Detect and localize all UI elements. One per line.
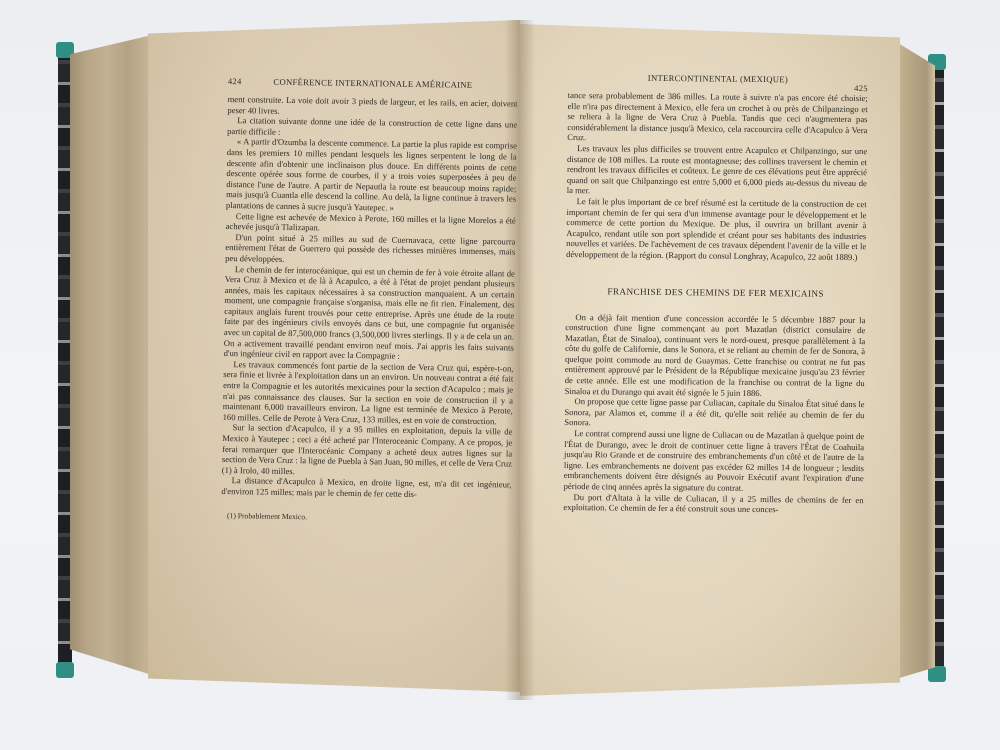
running-head-right: Intercontinental (Mexique) 425 [568,72,868,89]
right-page-text: Intercontinental (Mexique) 425 tance ser… [563,72,868,516]
paragraph: Le fait le plus important de ce bref rés… [566,196,867,263]
quotation: « A partir d'Ozumba la descente commence… [226,136,517,215]
paragraph: On propose que cette ligne passe par Cul… [564,396,864,431]
paragraph: Sur la section d'Acapulco, il y a 95 mil… [222,422,513,480]
section-heading: Franchise des chemins de fer mexicains [566,285,866,298]
page-edges-left [70,35,152,675]
running-head-title: Conférence internationale américaine [273,77,472,90]
page-number-right: 425 [854,83,868,93]
open-book: 424 Conférence internationale américaine… [0,0,1000,750]
paragraph: Les travaux commencés font partie de la … [223,359,514,427]
paragraph: D'un point situé à 25 milles au sud de C… [225,232,515,268]
running-head-left: 424 Conférence internationale américaine [228,76,518,95]
paragraph: Le chemin de fer interocéanique, qui est… [224,263,515,363]
footnote: (1) Probablement Mexico. [221,511,511,526]
paragraph: tance sera probablement de 386 milles. L… [567,90,868,146]
left-page: 424 Conférence internationale américaine… [148,20,520,692]
page-number-left: 424 [228,76,242,86]
right-page: Intercontinental (Mexique) 425 tance ser… [520,24,900,696]
cover-corner-bottom-left [56,662,74,678]
paragraph: On a déjà fait mention d'une concession … [565,311,866,399]
book-cover-left [58,42,72,672]
paragraph: La distance d'Acapulco à Mexico, en droi… [221,475,511,501]
paragraph: Le contrat comprend aussi une ligne de C… [564,428,865,495]
paragraph: Du port d'Altata à la ville de Culiacan,… [563,492,863,516]
paragraph: Les travaux les plus difficiles se trouv… [567,143,868,199]
left-page-text: 424 Conférence internationale américaine… [221,76,518,526]
running-head-title: Intercontinental (Mexique) [648,73,788,84]
